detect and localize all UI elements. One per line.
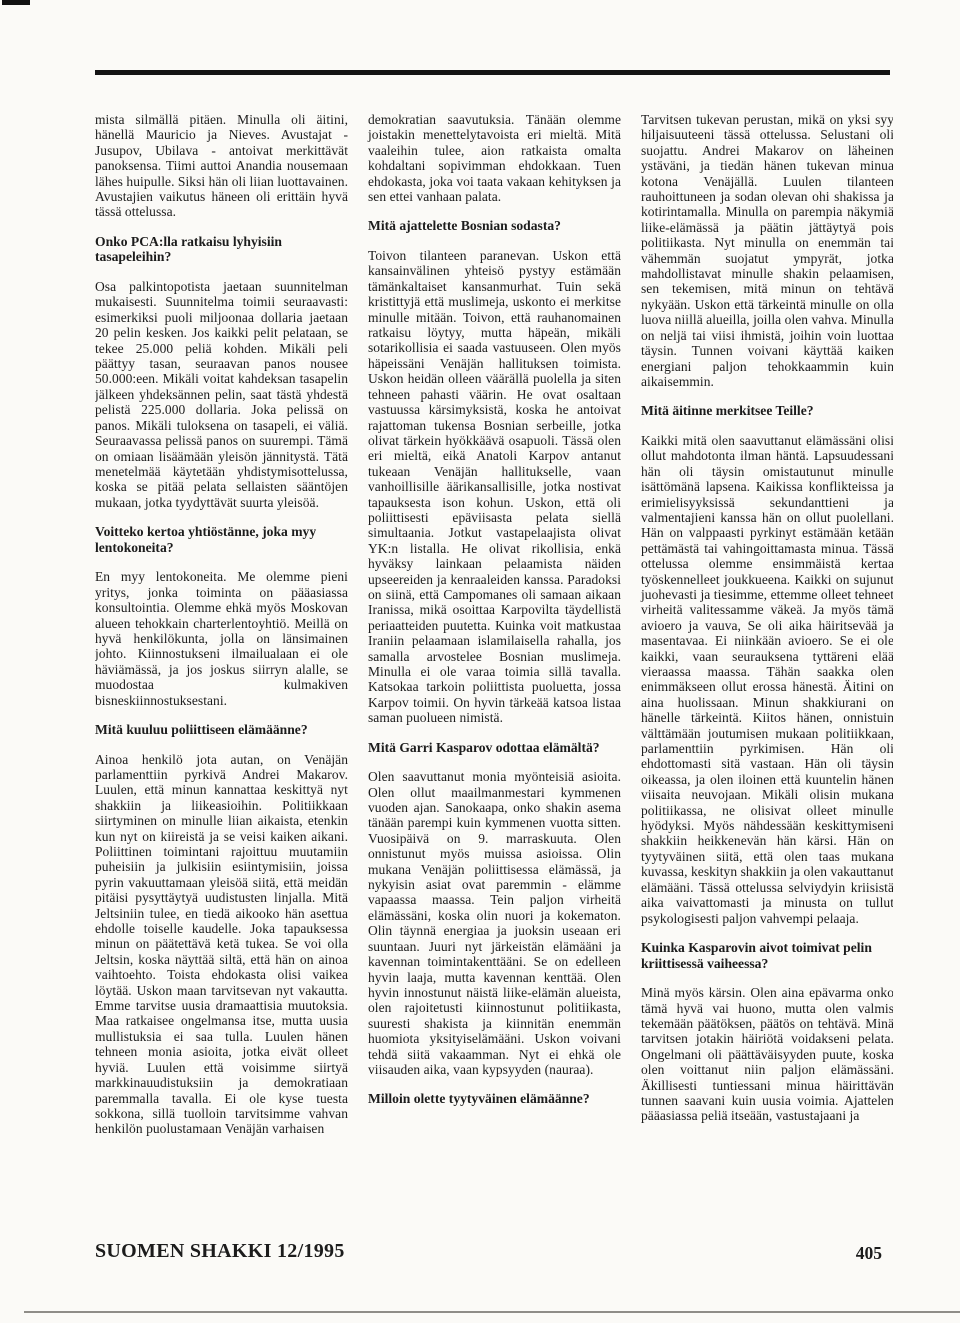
question-heading: Onko PCA:lla ratkaisu lyhyisiin tasapele…: [95, 234, 348, 265]
question-heading: Mitä äitinne merkitsee Teille?: [641, 403, 893, 419]
body-paragraph: Ainoa henkilö jota autan, on Venäjän par…: [95, 752, 348, 1137]
article-columns: mista silmällä pitäen. Minulla oli äitin…: [95, 112, 893, 1237]
page-number: 405: [856, 1243, 882, 1264]
article-column-2: demokratian saavutuksia. Tänään olemme j…: [368, 112, 621, 1237]
body-paragraph: Olen saavuttanut monia myönteisiä asioit…: [368, 769, 621, 1077]
top-rule: [95, 70, 890, 75]
question-heading: Mitä Garri Kasparov odottaa elämältä?: [368, 740, 621, 756]
question-heading: Milloin olette tyytyväinen elämäänne?: [368, 1091, 621, 1107]
article-column-1: mista silmällä pitäen. Minulla oli äitin…: [95, 112, 348, 1237]
body-paragraph: Minä myös kärsin. Olen aina epävarma onk…: [641, 985, 893, 1124]
article-column-3: Tarvitsen tukevan perustan, mikä on yksi…: [641, 112, 893, 1237]
question-heading: Voitteko kertoa yhtiöstänne, joka myy le…: [95, 524, 348, 555]
body-paragraph: Toivon tilanteen paranevan. Uskon että k…: [368, 248, 621, 726]
question-heading: Mitä ajattelette Bosnian sodasta?: [368, 218, 621, 234]
body-paragraph: En myy lentokoneita. Me olemme pieni yri…: [95, 569, 348, 708]
question-heading: Kuinka Kasparovin aivot toimivat pelin k…: [641, 940, 893, 971]
body-paragraph: Kaikki mitä olen saavuttanut elämässäni …: [641, 433, 893, 926]
body-paragraph: demokratian saavutuksia. Tänään olemme j…: [368, 112, 621, 204]
question-heading: Mitä kuuluu poliittiseen elämäänne?: [95, 722, 348, 738]
body-paragraph: mista silmällä pitäen. Minulla oli äitin…: [95, 112, 348, 220]
magazine-page: mista silmällä pitäen. Minulla oli äitin…: [0, 0, 960, 1323]
body-paragraph: Osa palkintopotista jaetaan suunnitelman…: [95, 279, 348, 510]
body-paragraph: Tarvitsen tukevan perustan, mikä on yksi…: [641, 112, 893, 389]
print-registration-mark: [2, 0, 30, 5]
journal-title: SUOMEN SHAKKI 12/1995: [95, 1240, 345, 1263]
bottom-rule: [24, 1311, 960, 1313]
